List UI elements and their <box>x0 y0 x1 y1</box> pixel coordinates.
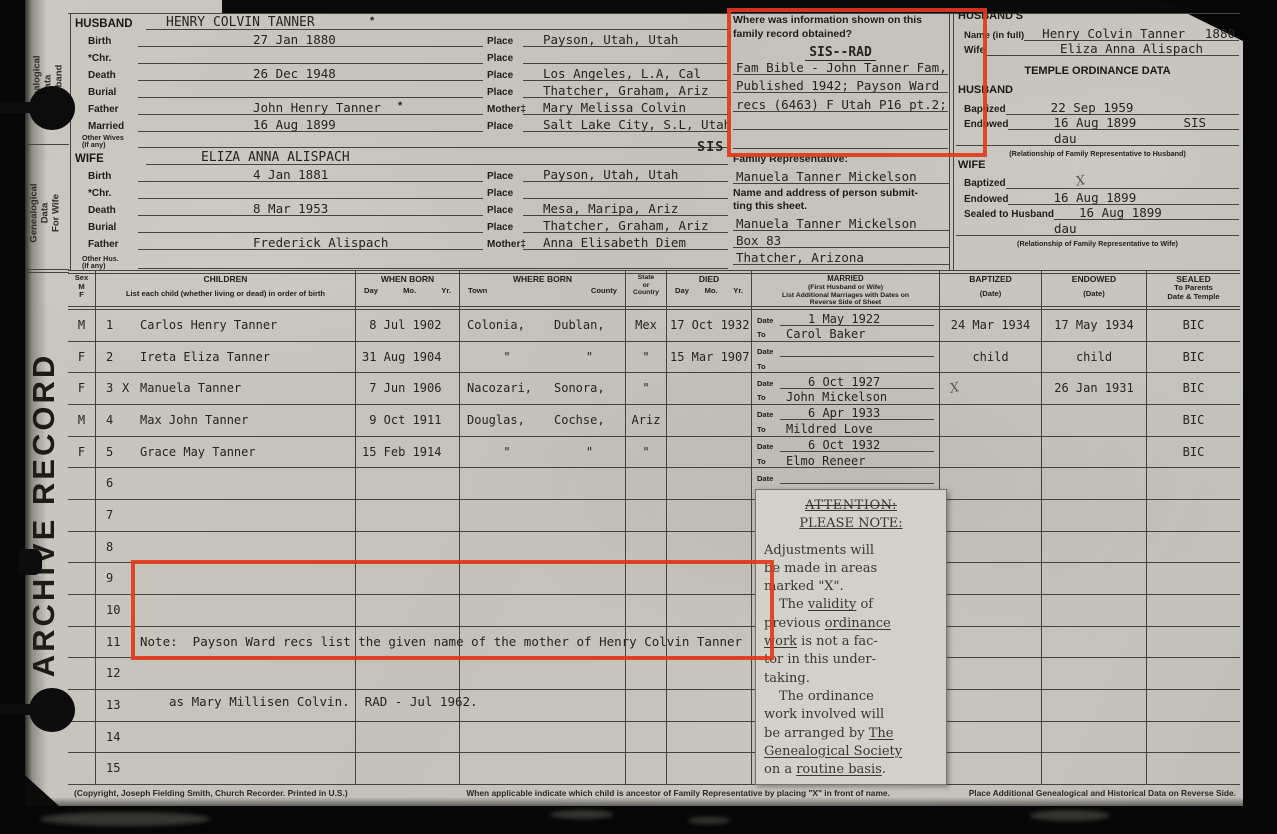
cell-state: " <box>626 342 667 373</box>
cell-baptized <box>940 722 1042 753</box>
cell-sealed: BIC <box>1147 405 1240 436</box>
ancestor-x-mark <box>122 437 138 468</box>
place-line: Anna Elisabeth Diem <box>523 232 728 250</box>
wife-relationship-value: dau <box>1054 221 1077 236</box>
cell-state <box>626 468 667 499</box>
field-label: Father <box>70 104 138 115</box>
place-label: Place <box>483 171 523 182</box>
submitter-label-line2: ting this sheet. <box>733 200 949 214</box>
place-line <box>523 46 728 64</box>
field-row-burial: BurialPlaceThatcher, Graham, Ariz <box>70 216 728 233</box>
archive-record-title: ARCHIVE RECORD <box>26 353 62 677</box>
baptized-label: Baptized <box>956 178 1006 189</box>
cell-name: 3XManuela Tanner <box>96 373 356 404</box>
address-line-text: Box 83 <box>736 233 781 248</box>
cell-endowed: 17 May 1934 <box>1042 310 1147 341</box>
header-when-born: WHEN BORN DayMo.Yr. <box>356 270 460 309</box>
field-line: 8 Mar 1953 <box>138 198 483 216</box>
children-table-header: SexMF CHILDREN List each child (whether … <box>68 270 1240 310</box>
where-town <box>460 468 554 499</box>
cell-endowed <box>1042 595 1147 626</box>
field-label: Death <box>70 70 138 81</box>
cell-when-born <box>356 753 460 784</box>
date-label: Date <box>757 474 780 484</box>
cell-died <box>667 373 752 404</box>
cell-name: 8 <box>96 532 356 563</box>
cell-endowed <box>1042 563 1147 594</box>
where-county <box>554 753 625 784</box>
wife-baptized-row: Baptized X <box>956 174 1239 190</box>
child-number: 4 <box>96 405 122 436</box>
attention-line: work involved will <box>764 706 938 724</box>
place-label: Place <box>483 222 523 233</box>
cell-endowed <box>1042 437 1147 468</box>
child-number: 12 <box>96 658 122 689</box>
other-wives-label: Other Wives(If any) <box>70 134 138 148</box>
place-label: Place <box>483 70 523 81</box>
where-town: Colonia, <box>460 310 554 341</box>
ancestor-x-mark <box>122 690 138 721</box>
attention-line: Adjustments will <box>764 542 938 560</box>
date-label: Date <box>757 410 780 420</box>
cell-where-born: Nacozari,Sonora, <box>460 373 626 404</box>
husband-section: HUSBAND HENRY COLVIN TANNER * Birth27 Ja… <box>70 14 728 148</box>
place-label: Place <box>483 87 523 98</box>
child-number: 15 <box>96 753 122 784</box>
husband-endowed-row: Endowed 16 Aug 1899 SIS <box>956 115 1239 131</box>
spine-divider <box>25 144 69 145</box>
cell-sex <box>68 532 96 563</box>
place-label: Place <box>483 53 523 64</box>
married-date: 6 Apr 1933 <box>808 406 880 420</box>
date-rule: 1 May 1922 <box>780 325 934 326</box>
cell-baptized: 24 Mar 1934 <box>940 310 1042 341</box>
attention-body: Adjustments willbe made in areasmarked "… <box>764 542 938 780</box>
cell-name: 15 <box>96 753 356 784</box>
attention-line: tor in this under- <box>764 651 938 669</box>
cell-baptized <box>940 595 1042 626</box>
cell-married: DateTo <box>752 342 940 373</box>
wife-relationship-row: dau <box>956 220 1239 236</box>
field-label: Father <box>70 239 138 250</box>
cell-sex: M <box>68 405 96 436</box>
to-label: To <box>757 362 780 372</box>
field-line: 26 Dec 1948 <box>138 63 483 81</box>
field-label: Married <box>70 121 138 132</box>
cell-endowed <box>1042 627 1147 658</box>
field-label: Birth <box>70 171 138 182</box>
husband-baptized-date: 22 Sep 1959 <box>1051 100 1134 115</box>
husband-section-label: HUSBAND <box>70 18 146 30</box>
attention-line: Genealogical Society <box>764 743 938 761</box>
ancestor-x-mark <box>122 500 138 531</box>
married-to-line: To <box>757 357 934 372</box>
cell-when-born <box>356 532 460 563</box>
other-husbands-line <box>138 249 728 269</box>
cell-state <box>626 753 667 784</box>
married-date-line: Date <box>757 343 934 358</box>
married-date: 6 Oct 1927 <box>808 375 880 389</box>
husband-relationship-row: dau <box>956 130 1239 146</box>
field-row-married: Married16 Aug 1899PlaceSalt Lake City, S… <box>70 115 728 132</box>
field-label: *Chr. <box>70 53 138 64</box>
wife-fullname-value: Eliza Anna Alispach <box>1060 41 1203 56</box>
married-to: Elmo Reneer <box>786 454 865 468</box>
ancestor-x-mark <box>122 753 138 784</box>
child-row-15: 15DateTo <box>68 753 1240 785</box>
cell-name: 2Ireta Eliza Tanner <box>96 342 356 373</box>
where-town: " <box>460 342 554 373</box>
ancestor-x-mark <box>122 722 138 753</box>
place-value: Payson, Utah, Utah <box>543 167 678 182</box>
cell-endowed <box>1042 722 1147 753</box>
field-row-father: FatherFrederick AlispachMother‡Anna Elis… <box>70 233 728 250</box>
red-annotation-box-note <box>131 560 774 660</box>
cell-where-born: Colonia,Dublan, <box>460 310 626 341</box>
wife-name-value: ELIZA ANNA ALISPACH <box>201 150 350 165</box>
cell-state <box>626 532 667 563</box>
endowed-label: Endowed <box>956 194 1008 205</box>
note-line-2: as Mary Millisen Colvin. RAD - Jul 1962. <box>140 692 742 712</box>
sis-annotation: SIS <box>697 139 724 155</box>
place-label: Place <box>483 188 523 199</box>
wife-name-line: ELIZA ANNA ALISPACH <box>146 148 728 165</box>
ancestor-x-mark <box>122 532 138 563</box>
married-date-line: Date6 Oct 1932 <box>757 438 934 453</box>
cell-endowed <box>1042 500 1147 531</box>
date-rule: 6 Apr 1933 <box>780 419 934 420</box>
cell-married: Date6 Apr 1933ToMildred Love <box>752 405 940 436</box>
scan-smudge <box>1030 810 1110 821</box>
cell-where-born: "" <box>460 342 626 373</box>
child-name: Max John Tanner <box>138 405 248 436</box>
cell-when-born: 8 Jul 1902 <box>356 310 460 341</box>
wife-sealed-row: Sealed to Husband 16 Aug 1899 <box>956 205 1239 221</box>
cell-state: " <box>626 373 667 404</box>
address-line: Manuela Tanner Mickelson <box>733 214 949 231</box>
binder-tab-middle <box>18 549 42 575</box>
cell-where-born <box>460 753 626 784</box>
cell-when-born <box>356 468 460 499</box>
where-town: " <box>460 437 554 468</box>
where-county: " <box>554 342 625 373</box>
wife-name-row: WIFE ELIZA ANNA ALISPACH <box>70 149 728 165</box>
child-number: 8 <box>96 532 122 563</box>
cell-married: Date6 Oct 1932ToElmo Reneer <box>752 437 940 468</box>
to-label: To <box>757 330 780 340</box>
married-to-line: ToJohn Mickelson <box>757 389 934 404</box>
date-rule <box>780 356 934 357</box>
child-number: 5 <box>96 437 122 468</box>
ancestor-x-mark <box>122 405 138 436</box>
cell-married: Date6 Oct 1927ToJohn Mickelson <box>752 373 940 404</box>
cell-sex: F <box>68 437 96 468</box>
child-number: 9 <box>96 563 122 594</box>
attention-line: be arranged by The <box>764 725 938 743</box>
cell-sex <box>68 722 96 753</box>
cell-state: Ariz <box>626 405 667 436</box>
place-line: Payson, Utah, Utah <box>523 164 728 182</box>
header-where-born: WHERE BORN TownCounty <box>460 270 626 309</box>
binder-hole-bottom <box>29 688 75 732</box>
married-date: 1 May 1922 <box>808 312 880 326</box>
cell-name: 7 <box>96 500 356 531</box>
place-value: Los Angeles, L.A, Cal <box>543 66 701 81</box>
date-rule: 6 Oct 1932 <box>780 451 934 452</box>
cell-endowed <box>1042 532 1147 563</box>
cell-baptized <box>940 658 1042 689</box>
husbands-header: HUSBAND'S <box>956 10 1239 25</box>
address-line-text: Manuela Tanner Mickelson <box>736 216 917 231</box>
where-county: Dublan, <box>554 310 625 341</box>
field-value: 4 Jan 1881 <box>253 167 328 182</box>
married-date-line: Date6 Oct 1927 <box>757 374 934 389</box>
attention-note-slip: ATTENTION: PLEASE NOTE: Adjustments will… <box>755 489 947 785</box>
field-line <box>138 215 483 233</box>
date-rule: 6 Oct 1927 <box>780 388 934 389</box>
child-name <box>138 753 140 784</box>
child-number: 3 <box>96 373 122 404</box>
cell-sealed <box>1147 658 1240 689</box>
child-number: 7 <box>96 500 122 531</box>
cell-sealed: BIC <box>1147 373 1240 404</box>
place-label: Place <box>483 205 523 216</box>
married-to: John Mickelson <box>786 390 887 404</box>
cell-name: 4Max John Tanner <box>96 405 356 436</box>
field-line <box>138 181 483 199</box>
field-value: 16 Aug 1899 <box>253 117 336 132</box>
cell-baptized <box>940 500 1042 531</box>
field-label: *Chr. <box>70 188 138 199</box>
cell-sealed: BIC <box>1147 342 1240 373</box>
cell-sealed <box>1147 753 1240 784</box>
scan-smudge <box>40 812 210 826</box>
attention-line: The ordinance <box>764 688 938 706</box>
place-value: Payson, Utah, Utah <box>543 32 678 47</box>
cell-died <box>667 753 752 784</box>
header-sealed: SEALED To ParentsDate & Temple <box>1147 270 1240 309</box>
cell-baptized: X <box>940 373 1042 404</box>
attention-line: taking. <box>764 670 938 688</box>
field-line <box>138 80 483 98</box>
to-label: To <box>757 457 780 467</box>
red-annotation-box-source <box>727 8 987 157</box>
where-county <box>554 468 625 499</box>
place-value: Anna Elisabeth Diem <box>543 235 686 250</box>
name-in-full-line: Henry Colvin Tanner 1880 <box>1024 24 1239 41</box>
representative-name-line: Manuela Tanner Mickelson <box>733 167 949 184</box>
married-date-line: Date1 May 1922 <box>757 311 934 326</box>
husband-block-label: HUSBAND <box>956 84 1239 99</box>
where-town <box>460 753 554 784</box>
cell-baptized <box>940 405 1042 436</box>
where-town: Douglas, <box>460 405 554 436</box>
field-row-birth: Birth27 Jan 1880PlacePayson, Utah, Utah <box>70 30 728 47</box>
wife-endowed-date: 16 Aug 1899 <box>1053 190 1136 205</box>
cell-sealed <box>1147 722 1240 753</box>
address-line-text: Thatcher, Arizona <box>736 250 864 265</box>
cell-when-born: 7 Jun 1906 <box>356 373 460 404</box>
attention-line: work is not a fac- <box>764 633 938 651</box>
cell-died: 15 Mar 1907 <box>667 342 752 373</box>
ancestor-x-mark <box>122 310 138 341</box>
field-value: Frederick Alispach <box>253 235 388 250</box>
field-line: John Henry Tanner* <box>138 97 483 115</box>
husband-other-wives-row: Other Wives(If any) <box>70 132 728 148</box>
where-town: Nacozari, <box>460 373 554 404</box>
ancestor-x-mark: X <box>122 373 138 404</box>
cell-sex <box>68 563 96 594</box>
child-number: 13 <box>96 690 122 721</box>
child-row-1: M1Carlos Henry Tanner 8 Jul 1902Colonia,… <box>68 310 1240 342</box>
temple-ordinance-panel: HUSBAND'S Name (in full) Henry Colvin Ta… <box>956 10 1239 249</box>
child-name: Carlos Henry Tanner <box>138 310 277 341</box>
cell-baptized <box>940 690 1042 721</box>
submitter-address-lines: Manuela Tanner MickelsonBox 83Thatcher, … <box>733 214 949 265</box>
cell-baptized <box>940 468 1042 499</box>
header-married: MARRIED (First Husband or Wife) List Add… <box>752 270 940 309</box>
husband-fields: Birth27 Jan 1880PlacePayson, Utah, Utah*… <box>70 30 728 132</box>
field-label: Death <box>70 205 138 216</box>
place-line <box>523 181 728 199</box>
attention-line: be made in areas <box>764 560 938 578</box>
cell-name: 6 <box>96 468 356 499</box>
married-date-line: Date <box>757 469 934 484</box>
place-label: Place <box>483 36 523 47</box>
cell-died <box>667 532 752 563</box>
field-value: 8 Mar 1953 <box>253 201 328 216</box>
wife-section: WIFE ELIZA ANNA ALISPACH Birth4 Jan 1881… <box>70 149 728 269</box>
cell-where-born: "" <box>460 437 626 468</box>
child-name: Ireta Eliza Tanner <box>138 342 270 373</box>
field-line: 27 Jan 1880 <box>138 29 483 47</box>
husband-endowed-date: 16 Aug 1899 <box>1053 115 1136 130</box>
header-children: CHILDREN List each child (whether living… <box>96 270 356 309</box>
representative-name: Manuela Tanner Mickelson <box>736 169 917 184</box>
child-row-5: F5Grace May Tanner15 Feb 1914"""Date6 Oc… <box>68 437 1240 469</box>
child-number: 6 <box>96 468 122 499</box>
place-line: Thatcher, Graham, Ariz <box>523 215 728 233</box>
cell-sex <box>68 468 96 499</box>
husband-relationship-value: dau <box>1054 131 1077 146</box>
place-value: Salt Lake City, S.L, Utah <box>543 117 731 132</box>
child-name <box>138 500 140 531</box>
child-row-3: F3XManuela Tanner 7 Jun 1906Nacozari,Son… <box>68 373 1240 405</box>
field-line: 4 Jan 1881 <box>138 164 483 182</box>
date-label: Date <box>757 347 780 357</box>
header-endowed: ENDOWED (Date) <box>1042 270 1147 309</box>
cell-endowed: child <box>1042 342 1147 373</box>
cell-sealed <box>1147 627 1240 658</box>
binder-hole-top <box>29 86 75 130</box>
wife-fields: Birth4 Jan 1881PlacePayson, Utah, Utah*C… <box>70 165 728 250</box>
cell-name: 5Grace May Tanner <box>96 437 356 468</box>
header-baptized: BAPTIZED (Date) <box>940 270 1042 309</box>
where-county: " <box>554 437 625 468</box>
field-value: 27 Jan 1880 <box>253 32 336 47</box>
husband-endowed-tag: SIS <box>1183 115 1206 130</box>
spine-double-divider <box>25 269 69 273</box>
other-wives-line <box>138 131 728 148</box>
ancestor-x-mark <box>122 658 138 689</box>
attention-line: marked "X". <box>764 578 938 596</box>
child-number: 1 <box>96 310 122 341</box>
cell-when-born: 15 Feb 1914 <box>356 437 460 468</box>
header-sex: SexMF <box>68 270 96 309</box>
ancestor-x-mark <box>122 468 138 499</box>
cell-sealed: BIC <box>1147 437 1240 468</box>
cell-baptized <box>940 563 1042 594</box>
cell-state: Mex <box>626 310 667 341</box>
cell-sex: M <box>68 310 96 341</box>
field-row-death: Death8 Mar 1953PlaceMesa, Maripa, Ariz <box>70 199 728 216</box>
cell-sealed <box>1147 563 1240 594</box>
footer-reverse-side: Place Additional Genealogical and Histor… <box>969 788 1240 798</box>
date-label: Date <box>757 316 780 326</box>
to-label: To <box>757 425 780 435</box>
wife-fullname-line: Eliza Anna Alispach <box>985 40 1239 57</box>
cell-when-born: 9 Oct 1911 <box>356 405 460 436</box>
child-row-4: M4Max John Tanner 9 Oct 1911Douglas,Coch… <box>68 405 1240 437</box>
married-to-line: ToElmo Reneer <box>757 452 934 467</box>
cell-state: " <box>626 437 667 468</box>
field-label: Burial <box>70 222 138 233</box>
cell-where-born: Douglas,Cochse, <box>460 405 626 436</box>
married-to: Carol Baker <box>786 327 865 341</box>
child-number: 10 <box>96 595 122 626</box>
cell-sealed <box>1147 532 1240 563</box>
place-line: Payson, Utah, Utah <box>523 29 728 47</box>
baptized-x-mark: X <box>949 381 961 398</box>
place-value: Thatcher, Graham, Ariz <box>543 83 709 98</box>
married-to-line: ToMildred Love <box>757 420 934 435</box>
cell-sealed <box>1147 468 1240 499</box>
husband-name-line: HENRY COLVIN TANNER * <box>146 13 728 30</box>
cell-where-born <box>460 532 626 563</box>
wife-relationship-caption: (Relationship of Family Representative t… <box>956 236 1239 249</box>
attention-line: The validity of <box>764 596 938 614</box>
wife-endowed-row: Endowed 16 Aug 1899 <box>956 189 1239 205</box>
husband-relationship-caption: (Relationship of Family Representative t… <box>956 146 1239 159</box>
place-line: Los Angeles, L.A, Cal <box>523 63 728 81</box>
husband-birth-year: 1880 <box>1205 26 1235 41</box>
cell-sex <box>68 753 96 784</box>
where-county <box>554 500 625 531</box>
cell-sex <box>68 595 96 626</box>
where-county: Sonora, <box>554 373 625 404</box>
field-label: Burial <box>70 87 138 98</box>
scan-smudge <box>688 817 730 824</box>
cell-baptized <box>940 532 1042 563</box>
attention-line: previous ordinance <box>764 615 938 633</box>
cell-sex: F <box>68 342 96 373</box>
where-town <box>460 500 554 531</box>
married-to-line: ToCarol Baker <box>757 326 934 341</box>
place-line: Mary Melissa Colvin <box>523 97 728 115</box>
cell-sex: F <box>68 373 96 404</box>
cell-baptized <box>940 437 1042 468</box>
married-to: Mildred Love <box>786 422 873 436</box>
cell-when-born <box>356 500 460 531</box>
husband-fullname-row: Name (in full) Henry Colvin Tanner 1880 <box>956 25 1239 41</box>
asterisk-mark: * <box>398 100 402 112</box>
scanned-archive-record: GenealogicalDataHusband GenealogicalData… <box>0 0 1277 834</box>
field-row-chr: *Chr.Place <box>70 47 728 64</box>
where-county <box>554 532 625 563</box>
field-row-death: Death26 Dec 1948PlaceLos Angeles, L.A, C… <box>70 64 728 81</box>
wife-section-label: WIFE <box>70 153 146 165</box>
child-row-2: F2Ireta Eliza Tanner31 Aug 1904"""15 Mar… <box>68 342 1240 374</box>
